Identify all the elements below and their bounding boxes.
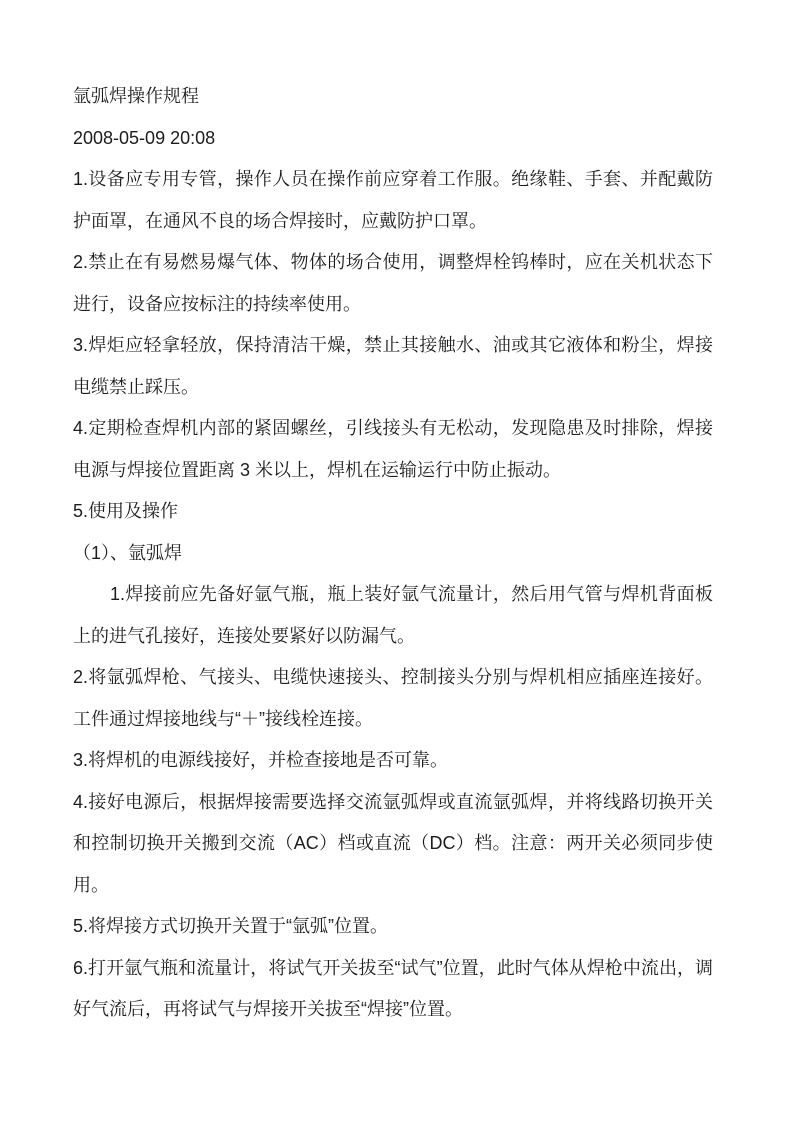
document-page: 氩弧焊操作规程 2008-05-09 20:08 1.设备应专用专管，操作人员在… [0,0,793,1122]
paragraph-list: 1.设备应专用专管，操作人员在操作前应穿着工作服。绝缘鞋、手套、并配戴防护面罩，… [73,159,713,1031]
paragraph: 1.焊接前应先备好氩气瓶，瓶上装好氩气流量计，然后用气管与焊机背面板上的进气孔接… [73,574,713,657]
document-timestamp: 2008-05-09 20:08 [73,118,713,160]
paragraph: 1.设备应专用专管，操作人员在操作前应穿着工作服。绝缘鞋、手套、并配戴防护面罩，… [73,159,713,242]
paragraph: 4.定期检查焊机内部的紧固螺丝，引线接头有无松动，发现隐患及时排除，焊接电源与焊… [73,408,713,491]
paragraph: 3.焊炬应轻拿轻放，保持清洁干燥，禁止其接触水、油或其它液体和粉尘，焊接电缆禁止… [73,325,713,408]
paragraph: 5.将焊接方式切换开关置于“氩弧”位置。 [73,906,713,948]
paragraph: 4.接好电源后，根据焊接需要选择交流氩弧焊或直流氩弧焊，并将线路切换开关和控制切… [73,782,713,907]
paragraph: （1）、氩弧焊 [73,533,713,575]
paragraph: 2.将氩弧焊枪、气接头、电缆快速接头、控制接头分别与焊机相应插座连接好。工件通过… [73,657,713,740]
document-title: 氩弧焊操作规程 [73,76,713,118]
document-content: 氩弧焊操作规程 2008-05-09 20:08 1.设备应专用专管，操作人员在… [0,0,713,1031]
paragraph: 6.打开氩气瓶和流量计，将试气开关拔至“试气”位置，此时气体从焊枪中流出，调好气… [73,948,713,1031]
paragraph: 5.使用及操作 [73,491,713,533]
paragraph: 3.将焊机的电源线接好，并检查接地是否可靠。 [73,740,713,782]
paragraph: 2.禁止在有易燃易爆气体、物体的场合使用，调整焊栓钨棒时，应在关机状态下进行，设… [73,242,713,325]
